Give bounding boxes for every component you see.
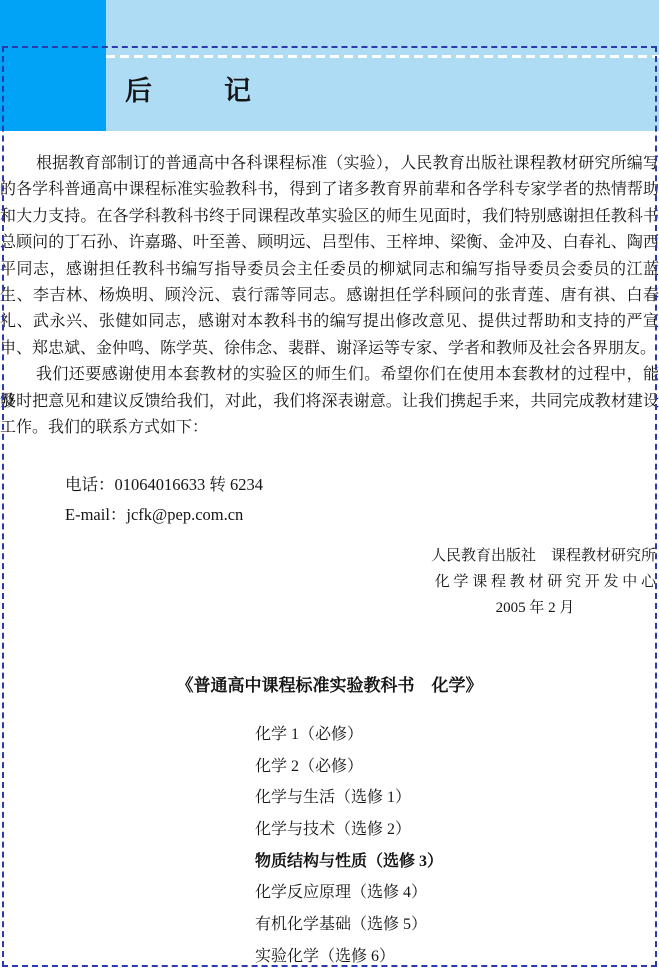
book-list-item: 化学 2（必修） [255,751,635,783]
book-list-item: 化学与技术（选修 2） [255,814,635,846]
contact-block: 电话：01064016633 转 6234 E-mail：jcfk@pep.co… [65,470,263,530]
signature-center: 化 学 课 程 教 材 研 究 开 发 中 心 [414,569,656,595]
contact-email: E-mail：jcfk@pep.com.cn [65,500,263,530]
series-title: 《普通高中课程标准实验教科书 化学》 [0,671,659,696]
contact-phone: 电话：01064016633 转 6234 [65,470,263,500]
body-text-line: 礼、武永兴、张健如同志，感谢对本教科书的编写提出修改意见、提供过帮助和支持的严宣 [0,309,659,335]
signature-date: 2005 年 2 月 [414,595,656,621]
signature-publisher: 人民教育出版社 课程教材研究所 [414,543,656,569]
header-white-dashed-line [106,55,659,58]
book-list-item: 化学反应原理（选修 4） [255,877,635,909]
body-text-line: 申、郑忠斌、金仲鸣、陈学英、徐伟念、裴群、谢泽运等专家、学者和教师及社会各界朋友… [0,336,659,362]
body-text-line: 及时把意见和建议反馈给我们，对此，我们将深表谢意。让我们携起手来，共同完成教材建… [0,389,659,415]
page-title: 后 记 [125,76,257,106]
book-list-item: 化学 1（必修） [255,719,635,751]
signature-block: 人民教育出版社 课程教材研究所 化 学 课 程 教 材 研 究 开 发 中 心 … [414,543,656,621]
header-accent-square [0,0,106,131]
body-text-line: 和大力支持。在各学科教科书终于同课程改革实验区的师生见面时，我们特别感谢担任教科… [0,204,659,230]
afterword-page: 后 记 根据教育部制订的普通高中各科课程标准（实验），人民教育出版社课程教材研究… [0,0,659,974]
body-text-line: 根据教育部制订的普通高中各科课程标准（实验），人民教育出版社课程教材研究所编写 [0,151,659,177]
body-text-line: 我们还要感谢使用本套教材的实验区的师生们。希望你们在使用本套教材的过程中，能够 [0,362,659,388]
body-text-line: 工作。我们的联系方式如下： [0,415,659,441]
body-text-line: 生、李吉林、杨焕明、顾泠沅、袁行霈等同志。感谢担任学科顾问的张青莲、唐有祺、白春 [0,283,659,309]
body-text-line: 总顾问的丁石孙、许嘉璐、叶至善、顾明远、吕型伟、王梓坤、梁衡、金冲及、白春礼、陶… [0,230,659,256]
book-list-item: 物质结构与性质（选修 3） [255,846,635,878]
body-text-line: 平同志，感谢担任教科书编写指导委员会主任委员的柳斌同志和编写指导委员会委员的江蓝 [0,257,659,283]
book-list-item: 实验化学（选修 6） [255,941,635,973]
book-list-item: 化学与生活（选修 1） [255,782,635,814]
body-paragraphs: 根据教育部制订的普通高中各科课程标准（实验），人民教育出版社课程教材研究所编写的… [0,151,659,441]
body-text-line: 的各学科普通高中课程标准实验教科书，得到了诸多教育界前辈和各学科专家学者的热情帮… [0,177,659,203]
book-list-item: 有机化学基础（选修 5） [255,909,635,941]
book-list: 化学 1（必修）化学 2（必修）化学与生活（选修 1）化学与技术（选修 2）物质… [255,719,635,973]
